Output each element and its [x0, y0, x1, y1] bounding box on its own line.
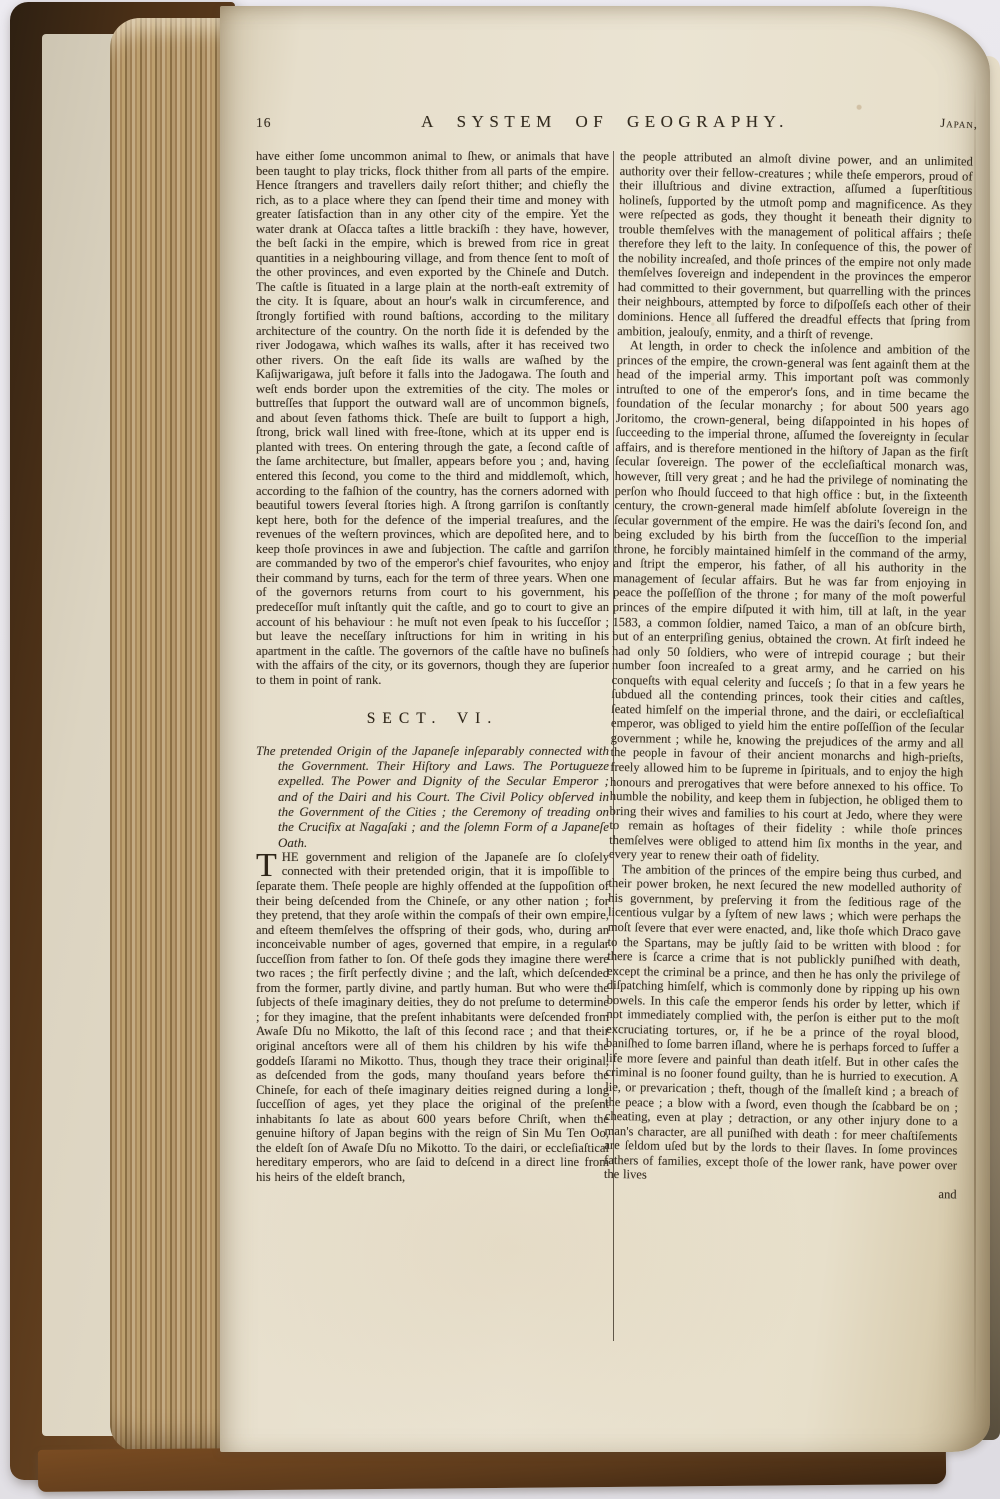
drop-cap: T [256, 850, 282, 879]
section-heading: SECT. VI. [256, 712, 609, 727]
running-title: A SYSTEM OF GEOGRAPHY. [302, 112, 908, 132]
printed-text: 16 A SYSTEM OF GEOGRAPHY. Japan, have ei… [256, 112, 978, 1196]
right-column: the people attributed an almoſt divine p… [604, 149, 973, 1202]
paragraph: the people attributed an almoſt divine p… [617, 149, 973, 344]
paragraph-text: HE government and religion of the Japane… [256, 850, 609, 1184]
page-edges-stack [110, 18, 238, 1452]
paragraph: THE government and religion of the Japan… [256, 850, 609, 1185]
paragraph: have either ſome uncommon animal to ſhew… [256, 149, 609, 687]
paragraph: At length, in order to check the inſolen… [609, 338, 970, 867]
section-summary: The pretended Origin of the Japaneſe inſ… [256, 743, 609, 850]
running-header-section-label: Japan, [908, 115, 978, 132]
paragraph: The ambition of the princes of the empir… [604, 862, 962, 1188]
page-number: 16 [256, 115, 302, 131]
two-column-text: have either ſome uncommon animal to ſhew… [256, 149, 978, 1196]
running-header: 16 A SYSTEM OF GEOGRAPHY. Japan, [256, 112, 978, 136]
left-column: have either ſome uncommon animal to ſhew… [256, 149, 609, 1196]
